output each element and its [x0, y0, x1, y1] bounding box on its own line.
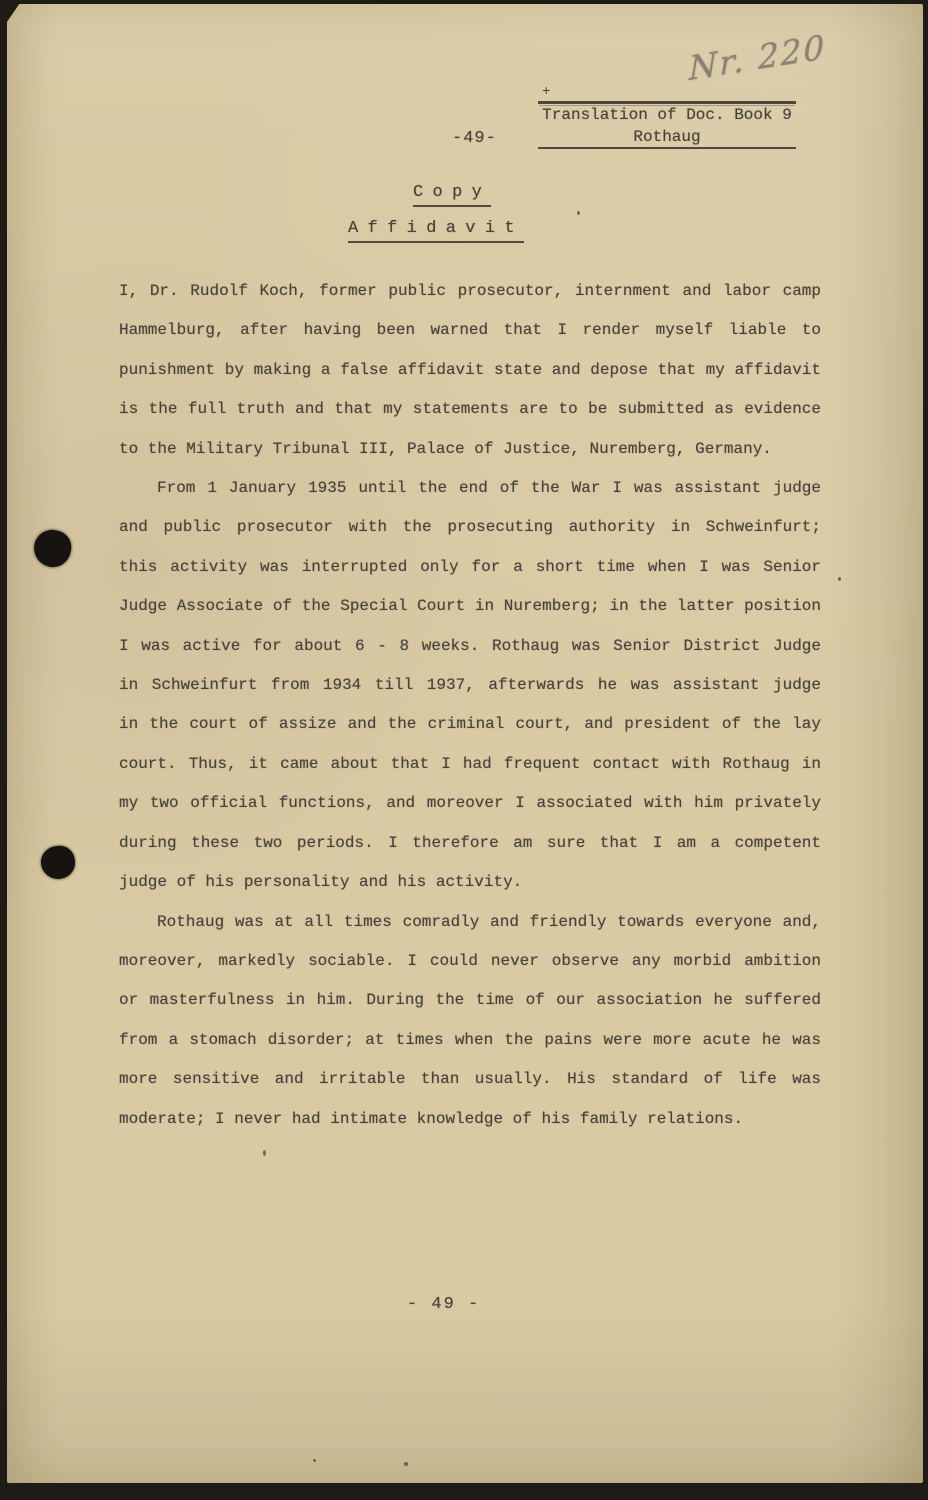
typed-line: more sensitive and irritable than usuall…: [119, 1060, 821, 1099]
typed-line: Hammelburg, after having been warned tha…: [119, 311, 821, 350]
scan-speck: [404, 1462, 408, 1466]
typed-line: in Schweinfurt from 1934 till 1937, afte…: [119, 666, 821, 705]
document-title-affidavit: Affidavit: [348, 219, 524, 243]
page-number-bottom: - 49 -: [407, 1295, 480, 1314]
typed-line: from a stomach disorder; at times when t…: [119, 1021, 821, 1060]
document-title-copy: Copy: [413, 183, 491, 207]
typed-line: in the court of assize and the criminal …: [119, 705, 821, 744]
typed-line: and public prosecutor with the prosecuti…: [119, 508, 821, 547]
typed-line: judge of his personality and his activit…: [119, 863, 821, 902]
page-number-top: -49-: [452, 129, 497, 148]
typed-line: or masterfulness in him. During the time…: [119, 981, 821, 1020]
scan-speck: [263, 1150, 266, 1156]
typed-line: I was active for about 6 - 8 weeks. Roth…: [119, 627, 821, 666]
affidavit-body: I, Dr. Rudolf Koch, former public prosec…: [119, 272, 821, 1139]
header-rule-bottom: [538, 147, 796, 149]
header-translation-label: Translation of Doc. Book 9: [538, 106, 796, 124]
typed-line: I, Dr. Rudolf Koch, former public prosec…: [119, 272, 821, 311]
header-rule-top: [538, 101, 796, 104]
typed-line: court. Thus, it came about that I had fr…: [119, 745, 821, 784]
typed-line: during these two periods. I therefore am…: [119, 824, 821, 863]
typed-line: From 1 January 1935 until the end of the…: [157, 469, 821, 508]
scan-speck: [313, 1459, 316, 1462]
typed-cross-mark: +: [542, 84, 550, 100]
header-defendant-name: Rothaug: [538, 128, 796, 146]
scan-speck: [577, 211, 580, 215]
typed-line: is the full truth and that my statements…: [119, 390, 821, 429]
typed-line: Judge Associate of the Special Court in …: [119, 587, 821, 626]
typed-line: my two official functions, and moreover …: [119, 784, 821, 823]
typed-line: Rothaug was at all times comradly and fr…: [157, 903, 821, 942]
typed-line: to the Military Tribunal III, Palace of …: [119, 430, 821, 469]
typed-line: this activity was interrupted only for a…: [119, 548, 821, 587]
scanned-document-page: Nr. 220 -49- + Translation of Doc. Book …: [0, 0, 928, 1500]
typed-line: moreover, markedly sociable. I could nev…: [119, 942, 821, 981]
typed-line: punishment by making a false affidavit s…: [119, 351, 821, 390]
typed-line: moderate; I never had intimate knowledge…: [119, 1100, 821, 1139]
scan-speck: [838, 577, 841, 581]
